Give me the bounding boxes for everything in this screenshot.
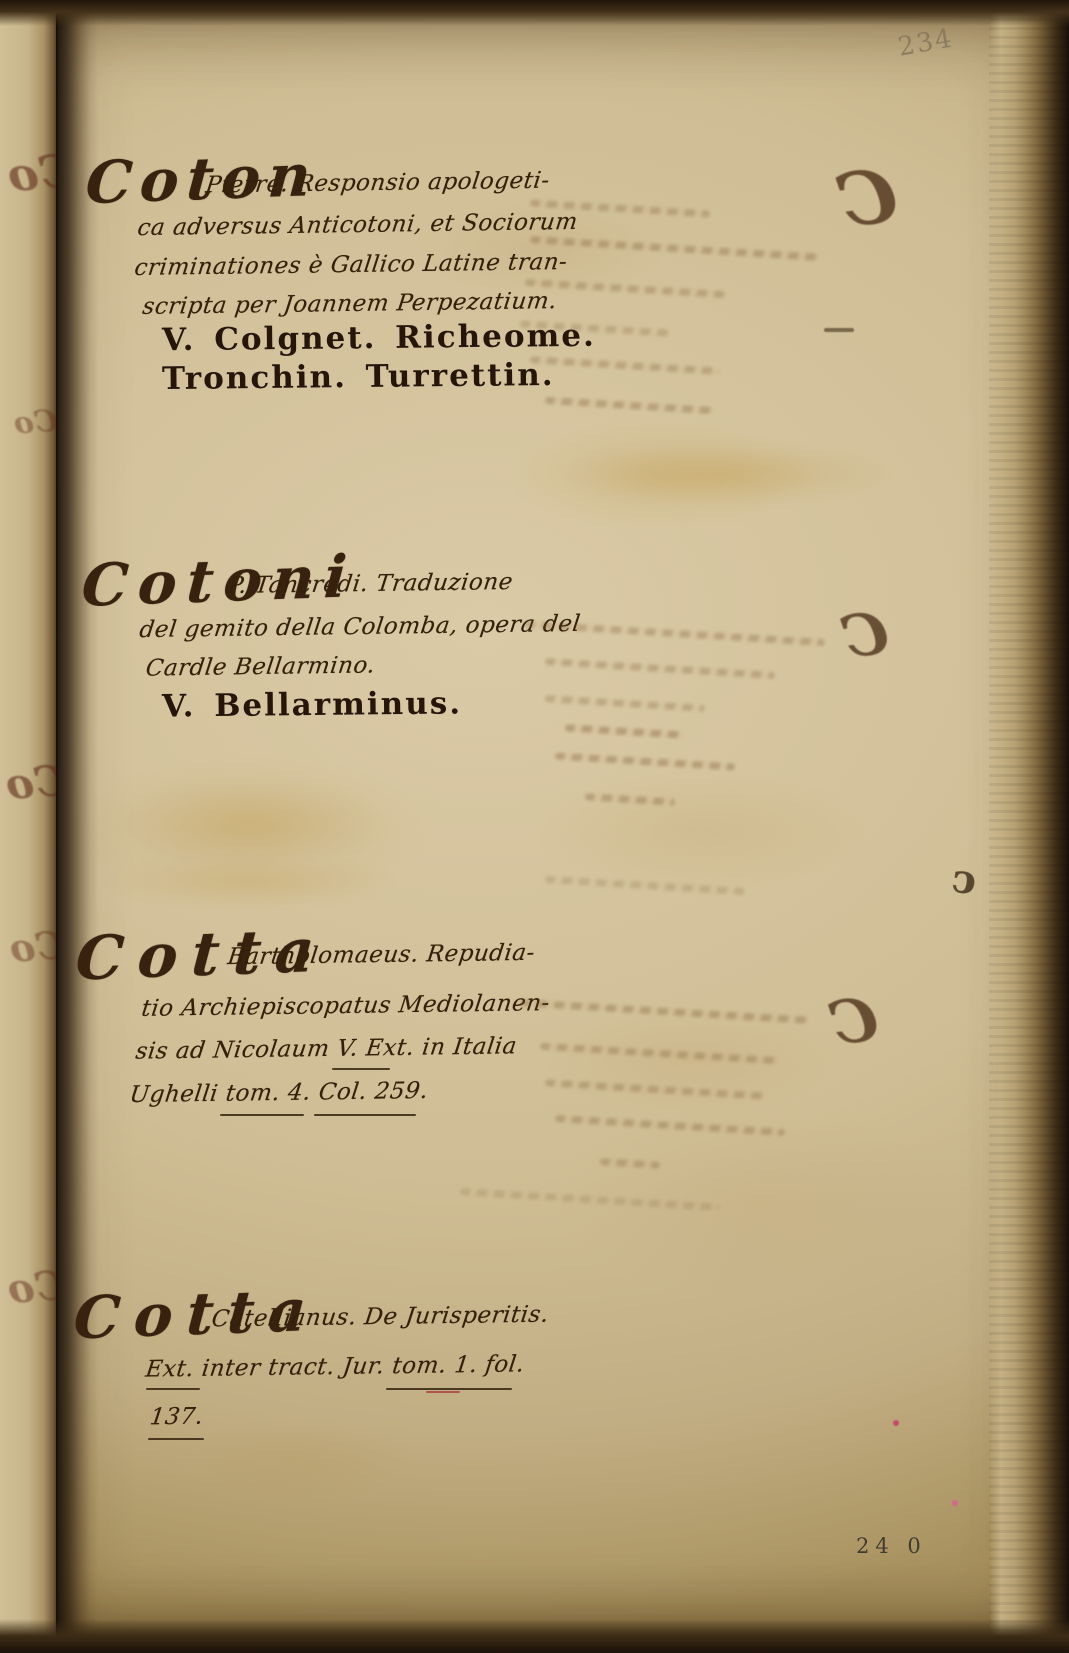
fore-edge-ink-mark: c <box>949 855 980 905</box>
underline-stroke-red <box>426 1391 460 1393</box>
pink-speck <box>893 1420 899 1426</box>
bleedthrough-line <box>545 695 705 712</box>
underline-stroke <box>314 1114 416 1116</box>
crossref-line: Tronchin. Turrettin. <box>162 360 555 395</box>
entry-line: scripta per Joannem Perpezatium. <box>141 290 558 319</box>
bleedthrough-line <box>545 876 745 895</box>
bleedthrough-line <box>585 793 675 805</box>
entry-line: ca adversus Anticotoni, et Sociorum <box>136 211 579 240</box>
manuscript-scan: Co Co Co Co Co 234 24 0 Coton Pierre. Re… <box>0 0 1069 1653</box>
bleedthrough-line <box>545 658 775 679</box>
entry-line: Pierre. Responsio apologeti- <box>204 170 551 198</box>
bleedthrough-line <box>530 236 820 261</box>
bleedthrough-line <box>460 1188 720 1211</box>
bleedthrough-line <box>545 397 715 414</box>
bleedthrough-line <box>545 1079 765 1099</box>
bleedthrough-headword-ghost <box>560 442 890 506</box>
entry-line: Ughelli tom. 4. Col. 259. <box>128 1080 429 1107</box>
bleedthrough-capital: C <box>838 603 892 667</box>
bleedthrough-capital: C <box>833 158 902 239</box>
bleedthrough-headword-ghost <box>100 856 400 908</box>
bleedthrough-headword-ghost <box>110 778 390 868</box>
entry-line: sis ad Nicolaum V. Ext. in Italia <box>134 1035 518 1063</box>
bleedthrough-line <box>520 999 810 1024</box>
bleedthrough-line <box>555 753 735 771</box>
entry-line: Bartholomaeus. Repudia- <box>226 942 536 969</box>
entry-line: Catellianus. De Jurisperitis. <box>210 1304 550 1332</box>
folio-number-bottom: 24 0 <box>856 1534 927 1558</box>
entry-line: del gemito della Colomba, opera del <box>138 613 582 642</box>
folio-number-top: 234 <box>896 23 956 62</box>
entry-line: Cardle Bellarmino. <box>144 654 376 680</box>
pink-speck <box>952 1500 958 1506</box>
bleedthrough-line <box>540 1043 780 1065</box>
show-through-dash <box>824 328 854 332</box>
entry-line: tio Archiepiscopatus Mediolanen- <box>140 992 551 1021</box>
underline-stroke <box>386 1388 512 1390</box>
underline-stroke <box>146 1388 200 1390</box>
crossref-line: V. Bellarminus. <box>162 688 462 722</box>
entry-line: 137. <box>148 1406 204 1430</box>
bleedthrough-line <box>565 724 685 738</box>
underline-stroke <box>220 1114 304 1116</box>
entry-line: criminationes è Gallico Latine tran- <box>133 251 569 280</box>
bleedthrough-line <box>555 1115 785 1136</box>
underline-stroke <box>148 1438 204 1440</box>
underline-stroke <box>332 1068 390 1070</box>
entry-line: P. Tancredi. Traduzione <box>226 571 514 598</box>
entry-line: Ext. inter tract. Jur. tom. 1. fol. <box>144 1353 526 1381</box>
bleedthrough-line <box>530 356 720 375</box>
bleedthrough-line <box>600 1158 660 1169</box>
bleedthrough-capital: C <box>826 989 882 1055</box>
